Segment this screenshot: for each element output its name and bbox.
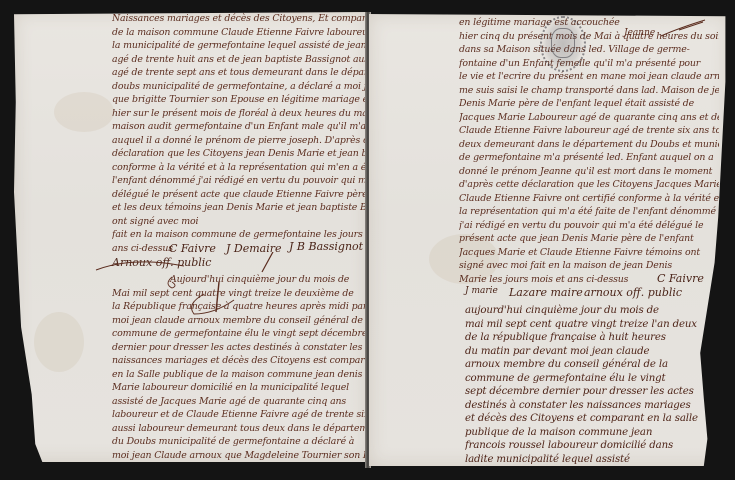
left-entry-2-text: Aujourd'hui cinquième jour du mois de Ma…	[112, 273, 368, 462]
text-line: du matin par devant moi jean claude	[465, 345, 705, 359]
text-line: arnoux membre du conseil général de la	[465, 358, 705, 372]
text-line: deux demeurant dans le département du Do…	[459, 138, 719, 152]
text-line: naissances mariages et décès des Citoyen…	[112, 354, 368, 368]
text-line: assisté de Jacques Marie agé de quarante…	[112, 395, 368, 409]
text-line: la municipalité de germefontaine lequel …	[112, 39, 368, 53]
text-line: de la république française à huit heures	[465, 331, 705, 345]
text-line: délégué le présent acte que claude Etien…	[112, 188, 368, 202]
text-line: ont signé avec moi	[112, 215, 368, 229]
text-line: de germefontaine m'a présenté led. Enfan…	[459, 151, 719, 165]
document-viewer: Naissances mariages et décès des Citoyen…	[0, 0, 735, 480]
signature-bassignot: J B Bassignot	[289, 240, 363, 253]
text-line: moi jean claude arnoux membre du conseil…	[112, 314, 368, 328]
text-line: Jacques Marie Laboureur agé de quarante …	[459, 111, 719, 125]
text-line: Jacques Marie et Claude Etienne Faivre t…	[459, 246, 719, 260]
text-line: Aujourd'hui cinquième jour du mois de	[112, 273, 368, 287]
seal-stamp-inner	[551, 28, 575, 58]
text-line: en la Salle publique de la maison commun…	[112, 368, 368, 382]
text-line: auquel il a donné le prénom de pierre jo…	[112, 134, 368, 148]
text-line: mai mil sept cent quatre vingt treize l'…	[465, 318, 705, 332]
text-line: hier sur le présent mois de floréal à de…	[112, 107, 368, 121]
signature-arnoux: Arnoux off. public	[112, 256, 211, 269]
text-line: destinés à constater les naissances mari…	[465, 399, 705, 413]
text-line: que brigitte Tournier son Epouse en légi…	[112, 93, 368, 107]
text-line: donné le prénom Jeanne qu'il est mort da…	[459, 165, 719, 179]
text-line: fontaine d'un Enfant femelle qu'il m'a p…	[459, 57, 719, 71]
signature-lazare: Lazare maire	[509, 286, 583, 299]
text-line: présent acte que jean Denis Marie père d…	[459, 232, 719, 246]
text-line: aujourd'hui cinquième jour du mois de	[465, 304, 705, 318]
text-line: déclaration que les Citoyens jean Denis …	[112, 147, 368, 161]
signature-faivre: C Faivre	[657, 272, 704, 285]
text-line: doubs municipalité de germefontaine, a d…	[112, 80, 368, 94]
signature-faivre: C Faivre	[169, 242, 216, 255]
text-line: j'ai rédigé en vertu du pouvoir qui m'a …	[459, 219, 719, 233]
text-line: aussi laboureur demeurant tous deux dans…	[112, 422, 368, 436]
signature-demaire: J Demaire	[226, 242, 282, 255]
right-page: en légitime mariage est accouchée hier c…	[369, 14, 729, 466]
text-line: signé avec moi fait en la maison de jean…	[459, 259, 719, 273]
text-line: d'après cette déclaration que les Citoye…	[459, 178, 719, 192]
seal-stamp-icon	[540, 16, 586, 72]
text-line: ladite municipalité lequel assisté	[465, 453, 705, 467]
text-line: agé de trente sept ans et tous demeurant…	[112, 66, 368, 80]
text-line: dernier pour dresser les actes destinés …	[112, 341, 368, 355]
text-line: publique de la maison commune jean	[465, 426, 705, 440]
text-line: Denis Marie père de l'enfant lequel étai…	[459, 97, 719, 111]
left-page: Naissances mariages et décès des Citoyen…	[14, 12, 368, 462]
text-line: et les deux témoins jean Denis Marie et …	[112, 201, 368, 215]
text-line: Mai mil sept cent quatre vingt treize le…	[112, 287, 368, 301]
text-line: du Doubs municipalité de germefontaine a…	[112, 435, 368, 449]
text-line: sept décembre dernier pour dresser les a…	[465, 385, 705, 399]
text-line: dans sa Maison située dans led. Village …	[459, 43, 719, 57]
text-line: commune de germefontaine élu le vingt	[465, 372, 705, 386]
text-line: moi jean Claude arnoux que Magdeleine To…	[112, 449, 368, 463]
text-line: la République française à quatre heures …	[112, 300, 368, 314]
text-line: Claude Etienne Faivre ont certifié confo…	[459, 192, 719, 206]
text-line: agé de trente huit ans et de jean baptis…	[112, 53, 368, 67]
right-entry-1-text: en légitime mariage est accouchée hier c…	[459, 16, 719, 286]
text-line: maison audit germefontaine d'un Enfant m…	[112, 120, 368, 134]
paper-stain	[54, 92, 114, 132]
text-line: me suis saisi le champ transporté dans l…	[459, 84, 719, 98]
text-line: l'enfant dénommé j'ai rédigé en vertu du…	[112, 174, 368, 188]
text-line: la représentation qui m'a été faite de l…	[459, 205, 719, 219]
text-line: laboureur et de Claude Etienne Faivre ag…	[112, 408, 368, 422]
text-line: en légitime mariage est accouchée	[459, 16, 719, 30]
text-line: commune de germefontaine élu le vingt se…	[112, 327, 368, 341]
text-line: francois roussel laboureur domicilié dan…	[465, 439, 705, 453]
left-entry-1-text: Naissances mariages et décès des Citoyen…	[112, 12, 368, 255]
text-line: de la maison commune Claude Etienne Faiv…	[112, 26, 368, 40]
right-entry-2-text: aujourd'hui cinquième jour du mois de ma…	[465, 304, 705, 466]
text-line: Marie laboureur domicilié en la municipa…	[112, 381, 368, 395]
text-line: et décès des Citoyens et comparant en la…	[465, 412, 705, 426]
text-line: conforme à la vérité et à la représentat…	[112, 161, 368, 175]
text-line: le vie et l'ecrire du présent en mane mo…	[459, 70, 719, 84]
text-line: hier cinq du présent mois de Mai à quatr…	[459, 30, 719, 44]
signature-marie: J marie	[465, 286, 498, 296]
text-line: Naissances mariages et décès des Citoyen…	[112, 12, 368, 26]
signature-arnoux: arnoux off. public	[584, 286, 682, 299]
paper-stain	[34, 312, 84, 372]
margin-note: Jeanne	[624, 28, 655, 38]
text-line: Claude Etienne Faivre laboureur agé de t…	[459, 124, 719, 138]
